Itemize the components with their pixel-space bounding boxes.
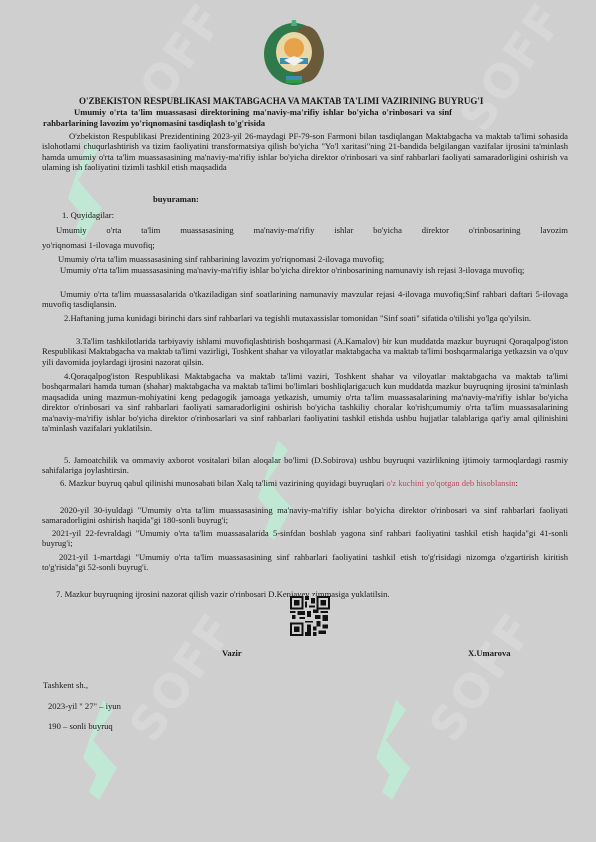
soff-watermark-logo [368,700,418,810]
soff-watermark-text: SOFF [418,603,544,751]
issue-date: 2023-yil " 27" – iyun [48,701,121,711]
item-6c: 2021-yil 1-martdagi "Umumiy o'rta ta'lim… [42,552,568,573]
item-1b: Umumiy o'rta ta'lim muassasasining sinf … [58,254,384,264]
document-subject-line2: rahbarlarining lavozim yo'riqnomasini ta… [43,118,265,128]
item-2: 2.Haftaning juma kunidagi birinchi dars … [42,313,568,323]
document-subject-line1: Umumiy o'rta ta'lim muassasasi direktori… [74,107,452,117]
document-header-title: O'ZBEKISTON RESPUBLIKASI MAKTABGACHA VA … [79,96,483,106]
item-6a: 2020-yil 30-iyuldagi "Umumiy o'rta ta'li… [42,505,568,526]
signer-title: Vazir [222,648,242,658]
preamble-paragraph: O'zbekiston Respublikasi Prezidentining … [42,131,568,173]
document-page: SOFF SOFF SOFF SOFF O'ZBEKISTON RESPUBLI… [0,0,596,842]
item-1a: Umumiy o'rta ta'lim muassasasining ma'na… [56,225,568,235]
soff-watermark-text: SOFF [448,0,574,141]
state-emblem-icon [262,18,326,86]
item-6-tail: : [516,478,518,488]
buyuraman-heading: buyuraman: [153,194,199,204]
item-4: 4.Qoraqalpog'iston Respublikasi Maktabga… [42,371,568,433]
item-5: 5. Jamoatchilik va ommaviy axborot vosit… [42,455,568,476]
qr-code-icon[interactable] [290,596,330,636]
soff-watermark-logo [75,700,125,810]
item-1c: Umumiy o'rta ta'lim muassasasining ma'na… [42,265,568,275]
item-1d: Umumiy o'rta ta'lim muassasalarida o'tka… [42,289,568,310]
order-number: 190 – sonli buyruq [48,721,113,731]
item-1a-continuation: yo'riqnomasi 1-ilovaga muvofiq; [42,240,155,250]
item-3: 3.Ta'lim tashkilotlarida tarbiyaviy ishl… [42,336,568,367]
item-6-repealed-highlight: o'z kuchini yo'qotgan deb hisoblansin [386,478,515,488]
item-7: 7. Mazkur buyruqning ijrosini nazorat qi… [56,589,390,599]
item-6: 6. Mazkur buyruq qabul qilinishi munosab… [42,478,568,488]
signer-name: X.Umarova [468,648,511,658]
item-6-text: 6. Mazkur buyruq qabul qilinishi munosab… [60,478,386,488]
item-1-title: 1. Quyidagilar: [62,210,114,220]
soff-watermark-text: SOFF [118,603,244,751]
issue-place: Tashkent sh., [43,680,88,690]
item-6b: 2021-yil 22-fevraldagi "Umumiy o'rta ta'… [42,528,568,549]
